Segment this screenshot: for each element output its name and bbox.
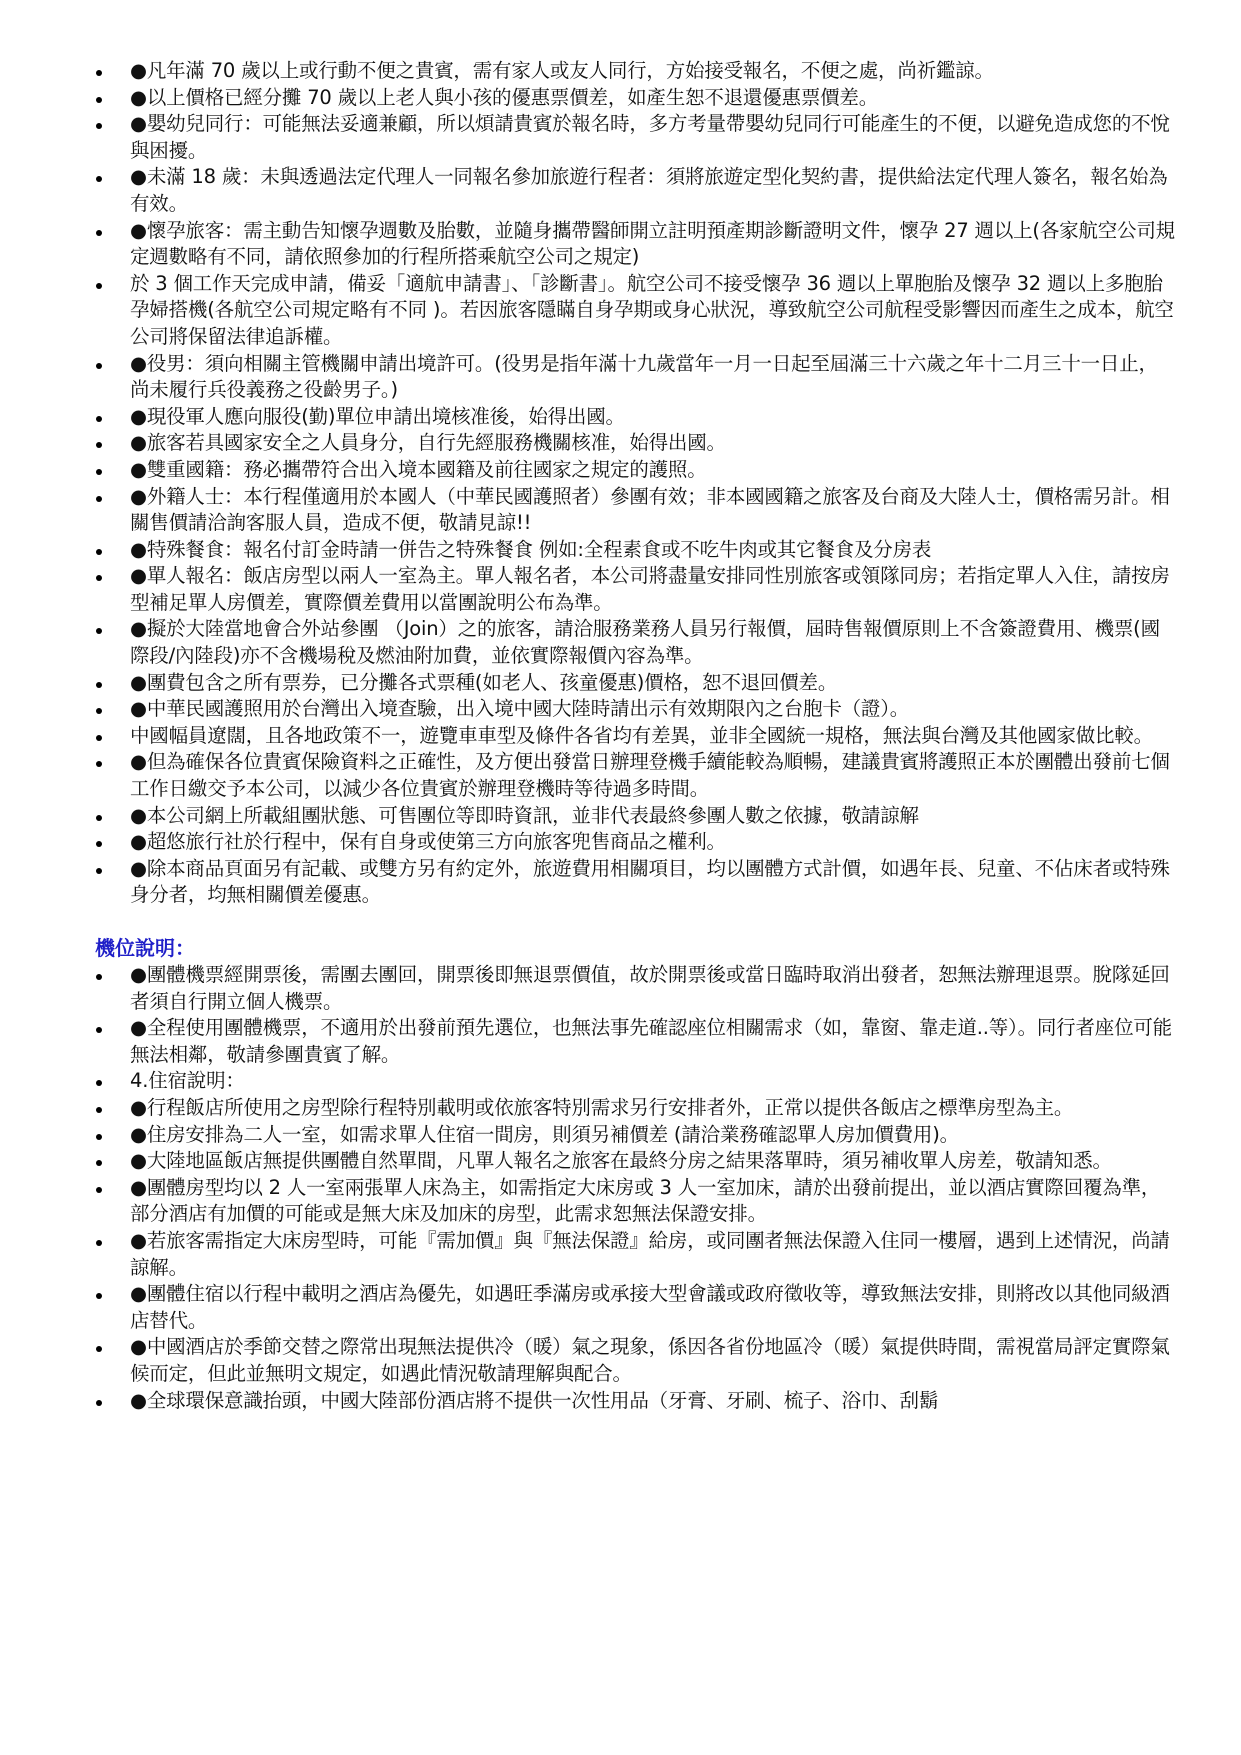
list-item: ●未滿 18 歲：未與透過法定代理人一同報名參加旅遊行程者：須將旅遊定型化契約書… xyxy=(130,164,1176,217)
list-item: ●懷孕旅客：需主動告知懷孕週數及胎數，並隨身攜帶醫師開立註明預產期診斷證明文件，… xyxy=(130,218,1176,271)
list-item: ●單人報名：飯店房型以兩人一室為主。單人報名者，本公司將盡量安排同性別旅客或領隊… xyxy=(130,563,1176,616)
list-item: ●現役軍人應向服役(勤)單位申請出境核准後，始得出國。 xyxy=(130,404,1176,431)
list-item: ●外籍人士：本行程僅適用於本國人（中華民國護照者）參團有效；非本國國籍之旅客及台… xyxy=(130,484,1176,537)
flight-notes-list: ●團體機票經開票後，需團去團回，開票後即無退票價值，故於開票後或當日臨時取消出發… xyxy=(0,962,1176,1414)
general-notes-list: ●凡年滿 70 歲以上或行動不便之貴賓，需有家人或友人同行，方始接受報名，不便之… xyxy=(0,58,1176,909)
list-item: ●全程使用團體機票，不適用於出發前預先選位，也無法事先確認座位相關需求（如，靠窗… xyxy=(130,1015,1176,1068)
list-item: ●團體機票經開票後，需團去團回，開票後即無退票價值，故於開票後或當日臨時取消出發… xyxy=(130,962,1176,1015)
list-item: ●全球環保意識抬頭，中國大陸部份酒店將不提供一次性用品（牙膏、牙刷、梳子、浴巾、… xyxy=(130,1388,1176,1415)
section-title-flight: 機位說明： xyxy=(95,935,1241,962)
list-item: ●擬於大陸當地會合外站參團 （Join）之的旅客，請洽服務業務人員另行報價，屆時… xyxy=(130,616,1176,669)
list-item: 中國幅員遼闊，且各地政策不一，遊覽車車型及條件各省均有差異，並非全國統一規格，無… xyxy=(130,723,1176,750)
list-item: ●團體住宿以行程中載明之酒店為優先，如遇旺季滿房或承接大型會議或政府徵收等，導致… xyxy=(130,1281,1176,1334)
list-item: ●住房安排為二人一室，如需求單人住宿一間房，則須另補價差 (請洽業務確認單人房加… xyxy=(130,1122,1176,1149)
list-item: ●除本商品頁面另有記載、或雙方另有約定外，旅遊費用相關項目，均以團體方式計價，如… xyxy=(130,856,1176,909)
list-item: ●但為確保各位貴賓保險資料之正確性，及方便出發當日辦理登機手續能較為順暢，建議貴… xyxy=(130,749,1176,802)
list-item: ●役男：須向相關主管機關申請出境許可。(役男是指年滿十九歲當年一月一日起至屆滿三… xyxy=(130,351,1176,404)
list-item: 4.住宿說明： xyxy=(130,1068,1176,1095)
list-item: ●本公司網上所載組團狀態、可售團位等即時資訊，並非代表最終參團人數之依據，敬請諒… xyxy=(130,803,1176,830)
list-item: ●以上價格已經分攤 70 歲以上老人與小孩的優惠票價差，如產生恕不退還優惠票價差… xyxy=(130,85,1176,112)
list-item: ●團費包含之所有票券，已分攤各式票種(如老人、孩童優惠)價格，恕不退回價差。 xyxy=(130,670,1176,697)
list-item: ●嬰幼兒同行：可能無法妥適兼顧，所以煩請貴賓於報名時，多方考量帶嬰幼兒同行可能產… xyxy=(130,111,1176,164)
list-item: ●凡年滿 70 歲以上或行動不便之貴賓，需有家人或友人同行，方始接受報名，不便之… xyxy=(130,58,1176,85)
list-item: ●特殊餐食：報名付訂金時請一併告之特殊餐食 例如:全程素食或不吃牛肉或其它餐食及… xyxy=(130,537,1176,564)
list-item: 於 3 個工作天完成申請，備妥「適航申請書」、「診斷書」。航空公司不接受懷孕 3… xyxy=(130,271,1176,351)
list-item: ●大陸地區飯店無提供團體自然單間，凡單人報名之旅客在最終分房之結果落單時，須另補… xyxy=(130,1148,1176,1175)
document-page: ●凡年滿 70 歲以上或行動不便之貴賓，需有家人或友人同行，方始接受報名，不便之… xyxy=(0,58,1241,1414)
list-item: ●旅客若具國家安全之人員身分，自行先經服務機關核准，始得出國。 xyxy=(130,430,1176,457)
list-item: ●超悠旅行社於行程中，保有自身或使第三方向旅客兜售商品之權利。 xyxy=(130,829,1176,856)
list-item: ●若旅客需指定大床房型時，可能『需加價』與『無法保證』給房，或同團者無法保證入住… xyxy=(130,1228,1176,1281)
list-item: ●雙重國籍：務必攜帶符合出入境本國籍及前往國家之規定的護照。 xyxy=(130,457,1176,484)
list-item: ●中華民國護照用於台灣出入境查驗，出入境中國大陸時請出示有效期限內之台胞卡（證）… xyxy=(130,696,1176,723)
list-item: ●行程飯店所使用之房型除行程特別載明或依旅客特別需求另行安排者外，正常以提供各飯… xyxy=(130,1095,1176,1122)
list-item: ●中國酒店於季節交替之際常出現無法提供冷（暖）氣之現象，係因各省份地區冷（暖）氣… xyxy=(130,1334,1176,1387)
list-item: ●團體房型均以 2 人一室兩張單人床為主，如需指定大床房或 3 人一室加床，請於… xyxy=(130,1175,1176,1228)
